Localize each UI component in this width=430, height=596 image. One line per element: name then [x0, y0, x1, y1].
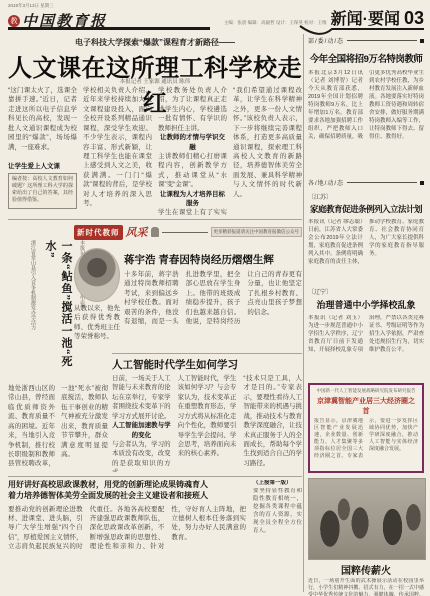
lead-col-4: “我们希望通过课程改革，让学生在科学精神之外，更多一份人文情怀。”该校负责人表示…: [233, 86, 302, 217]
right-rail: 部/委/动/态 今年全国将招9万名特岗教师 本报北京3月12日讯（记者 刘博智）…: [308, 36, 424, 596]
rail-label1-text: 部/委/动/态: [308, 36, 344, 45]
lead-bottom-rule: [8, 219, 302, 220]
banner-line: [162, 232, 208, 233]
rail-label-2: 各/地/动/态: [308, 178, 424, 187]
lead-body: “这门课太火了，选课全靠拼手速。”近日，记者走进这所以电子信息学科见长的高校，发…: [8, 86, 302, 217]
rail-label-1: 部/委/动/态: [308, 36, 424, 45]
ai-col-1: 日前，一场关于人工智能与未来教育的论坛在京举行，专家学者围绕技术变革下的学习方式…: [112, 374, 171, 472]
bottom-body: 要推动党的创新理论进教材、进课堂、进头脑，引导广大学生增强“四个自信”，厚植爱国…: [8, 505, 246, 585]
rail-label1-line: [347, 40, 417, 41]
rail-label2-line: [347, 182, 417, 183]
fish-subtitle: 浙江省常山县引入竞争机制激发办学活力: [30, 240, 37, 372]
lead-kicker: 电子科技大学探索“爆款”课程育才新路径——: [8, 37, 302, 48]
lead-note-box: 编者按：高校人文教育如何破题？这所理工科大学的探索给出了自己的答案，其经验值得借…: [8, 173, 77, 209]
lead-col3-text-a: 学校教务处负责人介绍，为了让课程真正走进学生内心，学校遴选一批有情怀、有学识的教…: [158, 86, 227, 133]
ai-col1-text-b: 与会者认为，学习的本质没有改变，改变的是获取知识的方式。: [112, 440, 171, 472]
rail-body-3: 本报讯（记者 刘玉）为进一步规范普通中小学招生入学秩序，辽宁省教育厅日前下发通知…: [308, 315, 424, 377]
bottom-bold-line-1: 用好讲好高校思政课教材，用党的创新理论成果铸魂育人: [8, 480, 246, 491]
ai-top-rule: [112, 353, 302, 354]
rail-label2-bullet: [420, 181, 424, 185]
report-box-kicker: 中国新一代人工智能发展战略研究院发布研究报告: [314, 388, 418, 394]
ai-headline: 人工智能时代学生如何学习: [112, 357, 302, 372]
lead-col3-text-b: 主讲教师们精心打磨课程内容，创新教学方式，推动课堂从“水课”变“金课”。: [158, 152, 227, 190]
ai-col1-text-a: 日前，一场关于人工智能与未来教育的论坛在京举行，专家学者围绕技术变革下的学习方式…: [112, 374, 171, 421]
continued-tag: （上接第一版）: [253, 480, 302, 488]
report-box-headline: 京津冀智能产业居三大经济圈之首: [314, 396, 418, 416]
lead-col-2: 学校相关负责人介绍，近年来学校持续加大人文课程建设投入，面向全校开设系列精品通识…: [83, 86, 152, 217]
teacher-banner: 新时代教师 风采 更多精彩报道请关注中国教育报微信公众号: [74, 224, 302, 240]
jiang-portrait-photo: [74, 248, 120, 302]
lead-col1-text: “这门课太火了，选课全靠拼手速。”近日，记者走进这所以电子信息学科见长的高校，发…: [8, 86, 77, 160]
report-box: 中国新一代人工智能发展战略研究院发布研究报告 京津冀智能产业居三大经济圈之首 报…: [308, 383, 424, 473]
bottom-strip: 用好讲好高校思政课教材，用党的创新理论成果铸魂育人 着力培养德智体美劳全面发展的…: [8, 480, 302, 592]
rail-headline-1: 今年全国将招9万名特岗教师: [308, 51, 424, 65]
lead-col-1: “这门课太火了，选课全靠拼手速。”近日，记者走进这所以电子信息学科见长的高校，发…: [8, 86, 77, 217]
rail-headline-3: 治理普通中小学择校乱象: [308, 298, 424, 311]
section-underline-swoosh: [298, 24, 426, 36]
bottom-continuation: （上接第一版） 要坚持显性教育和隐性教育相统一，挖掘各类课程中蕴含的育人资源，实…: [253, 480, 302, 592]
rail-label1-bullet: [420, 39, 424, 43]
banner-script: 风采: [126, 224, 148, 240]
ai-subhead: 人工智能加速教与学的变化: [112, 421, 171, 440]
ai-body: 日前，一场关于人工智能与未来教育的论坛在京举行，专家学者围绕技术变革下的学习方式…: [112, 374, 302, 472]
jiang-body-under-photo: 从教以来，他先后获得优秀教师、优秀班主任等荣誉称号。: [74, 304, 120, 350]
rail-body-1: 本报北京3月12日讯（记者 刘博智）记者今天从教育部获悉，2019年全国计划招聘…: [308, 70, 424, 172]
banner-figure-icon: [151, 227, 159, 237]
rail-region-tag-liaoning: 〔辽宁〕: [308, 287, 424, 296]
masthead-rule: [8, 27, 210, 30]
banner-title: 新时代教师: [74, 225, 123, 240]
lead-col3-text-c: 学生在课堂上有了实实在在的获得感，人文素养不断提升。: [158, 208, 227, 217]
rail-label2-text: 各/地/动/态: [308, 178, 344, 187]
banner-side-note: 更多精彩报道请关注中国教育报微信公众号: [211, 227, 303, 237]
photo-caption: 近日，一场别开生面的武术操展示活动在校园里举行，小学生们精神抖擞、招式有力，在一…: [308, 578, 424, 596]
rail-body-2: 本报讯（记者 缪志聪）日前，江苏省人大常委会公布2019年立法计划，家庭教育促进…: [308, 219, 424, 283]
continued-body: 要坚持显性教育和隐性教育相统一，挖掘各类课程中蕴含的育人资源，实现全员全程全方位…: [253, 488, 302, 586]
masthead-seal-icon: 教: [8, 15, 20, 27]
jiang-headline: 蒋宇浩 青春因特岗经历熠熠生辉: [124, 252, 302, 267]
lead-col-3: 学校教务处负责人介绍，为了让课程真正走进学生内心，学校遴选一批有情怀、有学识的教…: [158, 86, 227, 217]
lead-subhead-2: 让课程为人才培养目标服务: [158, 190, 227, 209]
lead-subhead-1: 让教师的才情与学识交融: [158, 133, 227, 152]
rail-headline-2: 家庭教育促进条例列入立法计划: [308, 203, 424, 215]
bottom-bold-line-2: 着力培养德智体美劳全面发展的社会主义建设者和接班人: [8, 491, 246, 502]
ai-col-2: 人工智能时代，学生该如何学习？与会专家认为，技术变革正在重塑教育形态，学习方式将…: [178, 374, 237, 472]
martial-arts-photo: [308, 478, 426, 560]
jiang-body: 十多年前，蒋宇浩通过特岗教师招聘考试，来到偏远乡村学校任教。面对艰苦的条件，他没…: [124, 270, 302, 350]
fish-body: 地处浙西山区的常山县，曾经面临优质师资外流、教育质量不高的困境。近年来，当地引入…: [8, 384, 108, 472]
main-rail-divider: [303, 34, 304, 592]
lead-subhead-left: 让学生爱上人文课: [8, 162, 77, 171]
ai-col-3: “技术只是工具，人才是目的。”专家表示，要理性看待人工智能带来的机遇与挑战，推动…: [243, 374, 302, 472]
rail-region-tag-jiangsu: 〔江苏〕: [308, 192, 424, 201]
bottom-strip-rule: [8, 476, 302, 477]
bottom-left: 用好讲好高校思政课教材，用党的创新理论成果铸魂育人 着力培养德智体美劳全面发展的…: [8, 480, 246, 592]
lead-byline: 本报记者 王家源 通讯员 陈伟: [8, 77, 302, 85]
date-line: 2019年3月13日 星期三: [8, 3, 218, 9]
photo-title: 国粹传薪火: [308, 562, 424, 577]
fish-headline: 一条“鲇鱼”搅活一池“死水”: [42, 240, 74, 378]
newspaper-page: 2019年3月13日 星期三 教 中国教育报 主编：张晨 编辑：高毅哲 设计：王…: [0, 0, 430, 596]
report-box-body: 报告显示，京津冀地区智能产业发展迅速，企业数量、创新能力、人才集聚等多项指标位居…: [314, 418, 418, 468]
